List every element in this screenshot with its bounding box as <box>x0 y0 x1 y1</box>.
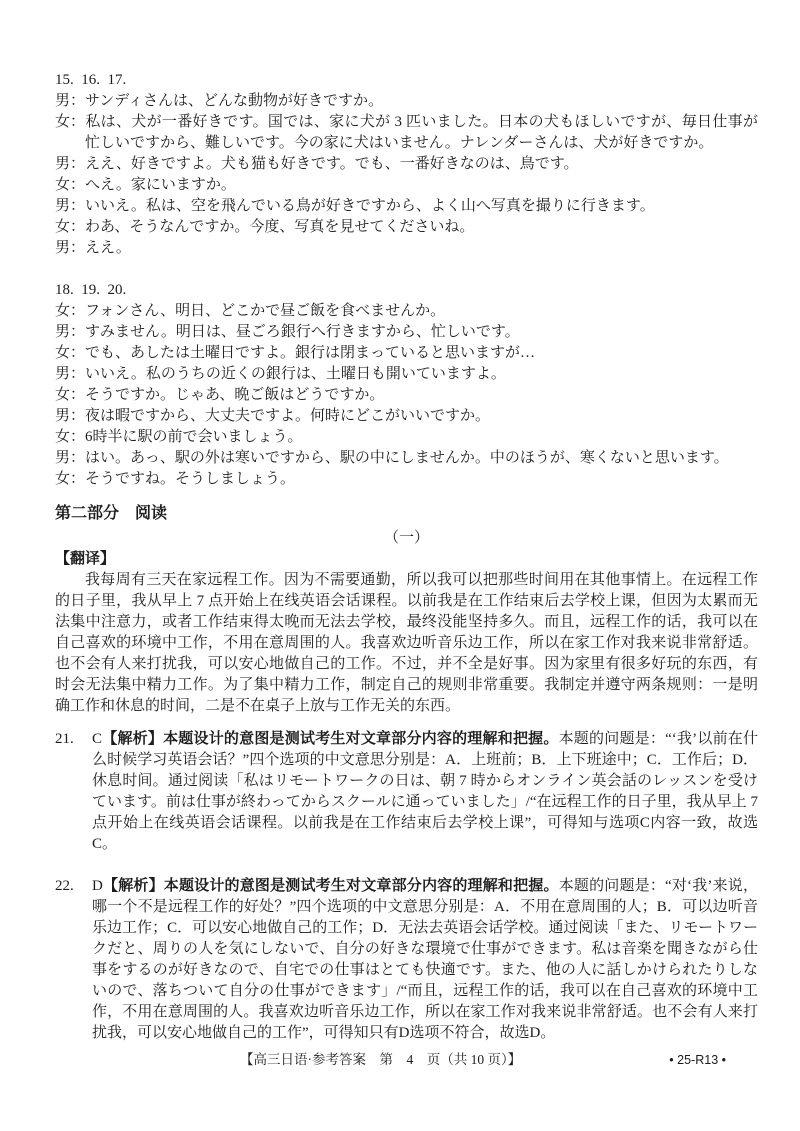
dialogue-line: 女：私は、犬が一番好きです。国では、家に犬が 3 匹いました。日本の犬もほしいで… <box>55 112 758 154</box>
passage-number: （一） <box>55 528 758 549</box>
speaker-label: 女： <box>55 343 85 364</box>
dialogue-line: 男：ええ、好きですよ。犬も猫も好きです。でも、一番好きなのは、鳥です。 <box>55 154 758 175</box>
dialogue-text: でも、あしたは土曜日ですよ。銀行は閉まっていると思いますが… <box>85 345 535 361</box>
document-page: 15. 16. 17. 男：サンディさんは、どんな動物が好きですか。 女：私は、… <box>0 0 800 1044</box>
dialogue-line: 男：いいえ。私は、空を飛んでいる鳥が好きですから、よく山へ写真を撮りに行きます。 <box>55 196 758 217</box>
dialogue-line: 男：すみません。明日は、昼ごろ銀行へ行きますから、忙しいです。 <box>55 322 758 343</box>
speaker-label: 女： <box>55 175 85 196</box>
speaker-label: 女： <box>55 301 85 322</box>
analysis-text: 本题的问题是：“对‘我’来说，哪一个不是远程工作的好处？”四个选项的中文意思分别… <box>92 878 758 1041</box>
dialogue-text: へえ。家にいますか。 <box>85 177 236 193</box>
dialogue-text: はい。あっ、駅の外は寒いですから、駅の中にしませんか。中のほうが、寒くないと思い… <box>85 450 729 466</box>
speaker-label: 男： <box>55 154 85 175</box>
item-number: 22. <box>55 876 92 897</box>
answer-item-21: 21.C【解析】本题设计的意图是测试考生对文章部分内容的理解和把握。本题的问题是… <box>55 729 758 855</box>
analysis-text: 本题的问题是：“‘我’以前在什么时候学习英语会话？”四个选项的中文意思分别是：A… <box>92 731 758 852</box>
listening-transcript-group-2: 18. 19. 20. 女：フォンさん、明日、どこかで昼ご飯を食べませんか。 男… <box>55 280 758 490</box>
dialogue-line: 男：はい。あっ、駅の外は寒いですから、駅の中にしませんか。中のほうが、寒くないと… <box>55 448 758 469</box>
footer-page-label: 【高三日语·参考答案 第 4 页（共 10 页）】 <box>240 1049 521 1070</box>
speaker-label: 男： <box>55 364 85 385</box>
dialogue-line: 女：6時半に駅の前で会いましょう。 <box>55 427 758 448</box>
speaker-label: 女： <box>55 385 85 406</box>
question-numbers-15-17: 15. 16. 17. <box>55 70 758 91</box>
reading-section: 第二部分 阅读 （一） 【翻译】 我每周有三天在家远程工作。因为不需要通勤，所以… <box>55 503 758 1044</box>
dialogue-text: 私は、犬が一番好きです。国では、家に犬が 3 匹いました。日本の犬もほしいですが… <box>85 114 758 151</box>
speaker-label: 女： <box>55 217 85 238</box>
dialogue-line: 男：夜は暇ですから、大丈夫ですよ。何時にどこがいいですか。 <box>55 406 758 427</box>
item-number: 21. <box>55 729 92 750</box>
dialogue-text: 6時半に駅の前で会いましょう。 <box>85 429 303 445</box>
answer-letter: D <box>92 878 103 894</box>
speaker-label: 男： <box>55 238 85 259</box>
speaker-label: 女： <box>55 427 85 448</box>
answer-item-22: 22.D【解析】本题设计的意图是测试考生对文章部分内容的理解和把握。本题的问题是… <box>55 876 758 1044</box>
dialogue-line: 女：そうですか。じゃあ、晩ご飯はどうですか。 <box>55 385 758 406</box>
speaker-label: 男： <box>55 196 85 217</box>
speaker-label: 女： <box>55 112 85 133</box>
dialogue-text: ええ、好きですよ。犬も猫も好きです。でも、一番好きなのは、鳥です。 <box>85 156 579 172</box>
analysis-label-bold: 【解析】本题设计的意图是测试考生对文章部分内容的理解和把握。 <box>103 878 559 894</box>
dialogue-text: そうですね。そうしましょう。 <box>85 471 295 487</box>
dialogue-text: そうですか。じゃあ、晩ご飯はどうですか。 <box>85 387 384 403</box>
dialogue-text: ええ。 <box>85 240 131 256</box>
dialogue-line: 男：ええ。 <box>55 238 758 259</box>
speaker-label: 男： <box>55 322 85 343</box>
dialogue-text: いいえ。私は、空を飛んでいる鳥が好きですから、よく山へ写真を撮りに行きます。 <box>85 198 655 214</box>
translation-label: 【翻译】 <box>55 549 758 570</box>
dialogue-text: サンディさんは、どんな動物が好きですか。 <box>85 93 383 109</box>
footer-document-code: • 25-R13 • <box>669 1050 726 1071</box>
speaker-label: 男： <box>55 448 85 469</box>
dialogue-text: すみません。明日は、昼ごろ銀行へ行きますから、忙しいです。 <box>85 324 520 340</box>
dialogue-line: 女：そうですね。そうしましょう。 <box>55 469 758 490</box>
speaker-label: 男： <box>55 406 85 427</box>
question-numbers-18-20: 18. 19. 20. <box>55 280 758 301</box>
dialogue-line: 男：サンディさんは、どんな動物が好きですか。 <box>55 91 758 112</box>
dialogue-text: 夜は暇ですから、大丈夫ですよ。何時にどこがいいですか。 <box>85 408 490 424</box>
dialogue-line: 女：わあ、そうなんですか。今度、写真を見せてくださいね。 <box>55 217 758 238</box>
listening-transcript-group-1: 15. 16. 17. 男：サンディさんは、どんな動物が好きですか。 女：私は、… <box>55 70 758 259</box>
speaker-label: 男： <box>55 91 85 112</box>
dialogue-line: 女：へえ。家にいますか。 <box>55 175 758 196</box>
dialogue-text: いいえ。私のうちの近くの銀行は、土曜日も開いていますよ。 <box>85 366 506 382</box>
dialogue-line: 女：でも、あしたは土曜日ですよ。銀行は閉まっていると思いますが… <box>55 343 758 364</box>
section-title: 第二部分 阅读 <box>55 503 758 525</box>
answer-letter: C <box>92 731 102 747</box>
dialogue-text: わあ、そうなんですか。今度、写真を見せてくださいね。 <box>85 219 474 235</box>
translation-paragraph: 我每周有三天在家远程工作。因为不需要通勤，所以我可以把那些时间用在其他事情上。在… <box>55 570 758 717</box>
analysis-label-bold: 【解析】本题设计的意图是测试考生对文章部分内容的理解和把握。 <box>102 731 559 747</box>
dialogue-line: 男：いいえ。私のうちの近くの銀行は、土曜日も開いていますよ。 <box>55 364 758 385</box>
dialogue-line: 女：フォンさん、明日、どこかで昼ご飯を食べませんか。 <box>55 301 758 322</box>
page-footer: 【高三日语·参考答案 第 4 页（共 10 页）】 • 25-R13 • <box>0 1049 800 1071</box>
dialogue-text: フォンさん、明日、どこかで昼ご飯を食べませんか。 <box>85 303 445 319</box>
speaker-label: 女： <box>55 469 85 490</box>
